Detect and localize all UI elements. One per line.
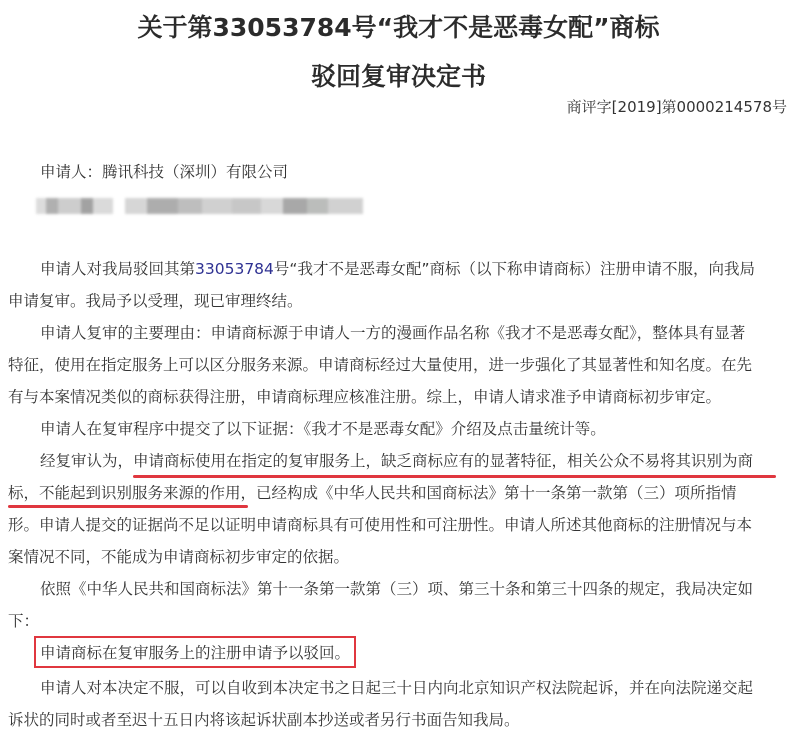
paragraph-7-line-1: 申请人对本决定不服，可以自收到本决定书之日起三十日内向北京知识产权法院起诉，并在… bbox=[40, 678, 753, 698]
trademark-number: 33053784 bbox=[195, 260, 274, 278]
document-title-line1: 关于第33053784号“我才不是恶毒女配”商标 bbox=[0, 8, 797, 44]
paragraph-3-line-1: 申请人在复审程序中提交了以下证据：《我才不是恶毒女配》介绍及点击量统计等。 bbox=[40, 419, 606, 439]
paragraph-1-line-1: 申请人对我局驳回其第33053784号“我才不是恶毒女配”商标（以下称申请商标）… bbox=[40, 259, 755, 279]
paragraph-4-line-3: 形。申请人提交的证据尚不足以证明申请商标具有可使用性和可注册性。申请人所述其他商… bbox=[8, 515, 752, 535]
paragraph-5-line-1: 依照《中华人民共和国商标法》第十一条第一款第（三）项、第三十条和第三十四条的规定… bbox=[40, 579, 753, 599]
decision-line: 申请商标在复审服务上的注册申请予以驳回。 bbox=[40, 643, 350, 663]
paragraph-5-line-2: 下： bbox=[8, 611, 39, 631]
paragraph-2-line-1: 申请人复审的主要理由：申请商标源于申请人一方的漫画作品名称《我才不是恶毒女配》，… bbox=[40, 323, 745, 343]
red-underline-2 bbox=[8, 505, 248, 508]
document-title-line2: 驳回复审决定书 bbox=[0, 57, 797, 93]
paragraph-4-line-2: 标，不能起到识别服务来源的作用，已经构成《中华人民共和国商标法》第十一条第一款第… bbox=[8, 483, 737, 503]
document-number: 商评字[2019]第0000214578号 bbox=[567, 96, 787, 117]
applicant-line: 申请人：腾讯科技（深圳）有限公司 bbox=[40, 160, 288, 182]
paragraph-1-line-2: 申请复审。我局予以受理，现已审理终结。 bbox=[8, 291, 303, 311]
paragraph-4-line-1: 经复审认为，申请商标使用在指定的复审服务上，缺乏商标应有的显著特征，相关公众不易… bbox=[40, 451, 753, 471]
redacted-blur bbox=[36, 198, 363, 214]
text: 号“我才不是恶毒女配”商标（以下称申请商标）注册申请不服，向我局 bbox=[274, 260, 755, 278]
paragraph-2-line-3: 有与本案情况类似的商标获得注册，申请商标理应核准注册。综上，申请人请求准予申请商… bbox=[8, 387, 721, 407]
red-underline-1 bbox=[133, 475, 776, 478]
paragraph-2-line-2: 特征，使用在指定服务上可以区分服务来源。申请商标经过大量使用，进一步强化了其显著… bbox=[8, 355, 752, 375]
paragraph-4-line-4: 案情况不同，不能成为申请商标初步审定的依据。 bbox=[8, 547, 349, 567]
text: 申请人对我局驳回其第 bbox=[40, 260, 195, 278]
paragraph-7-line-2: 诉状的同时或者至迟十五日内将该起诉状副本抄送或者另行书面告知我局。 bbox=[8, 710, 520, 730]
